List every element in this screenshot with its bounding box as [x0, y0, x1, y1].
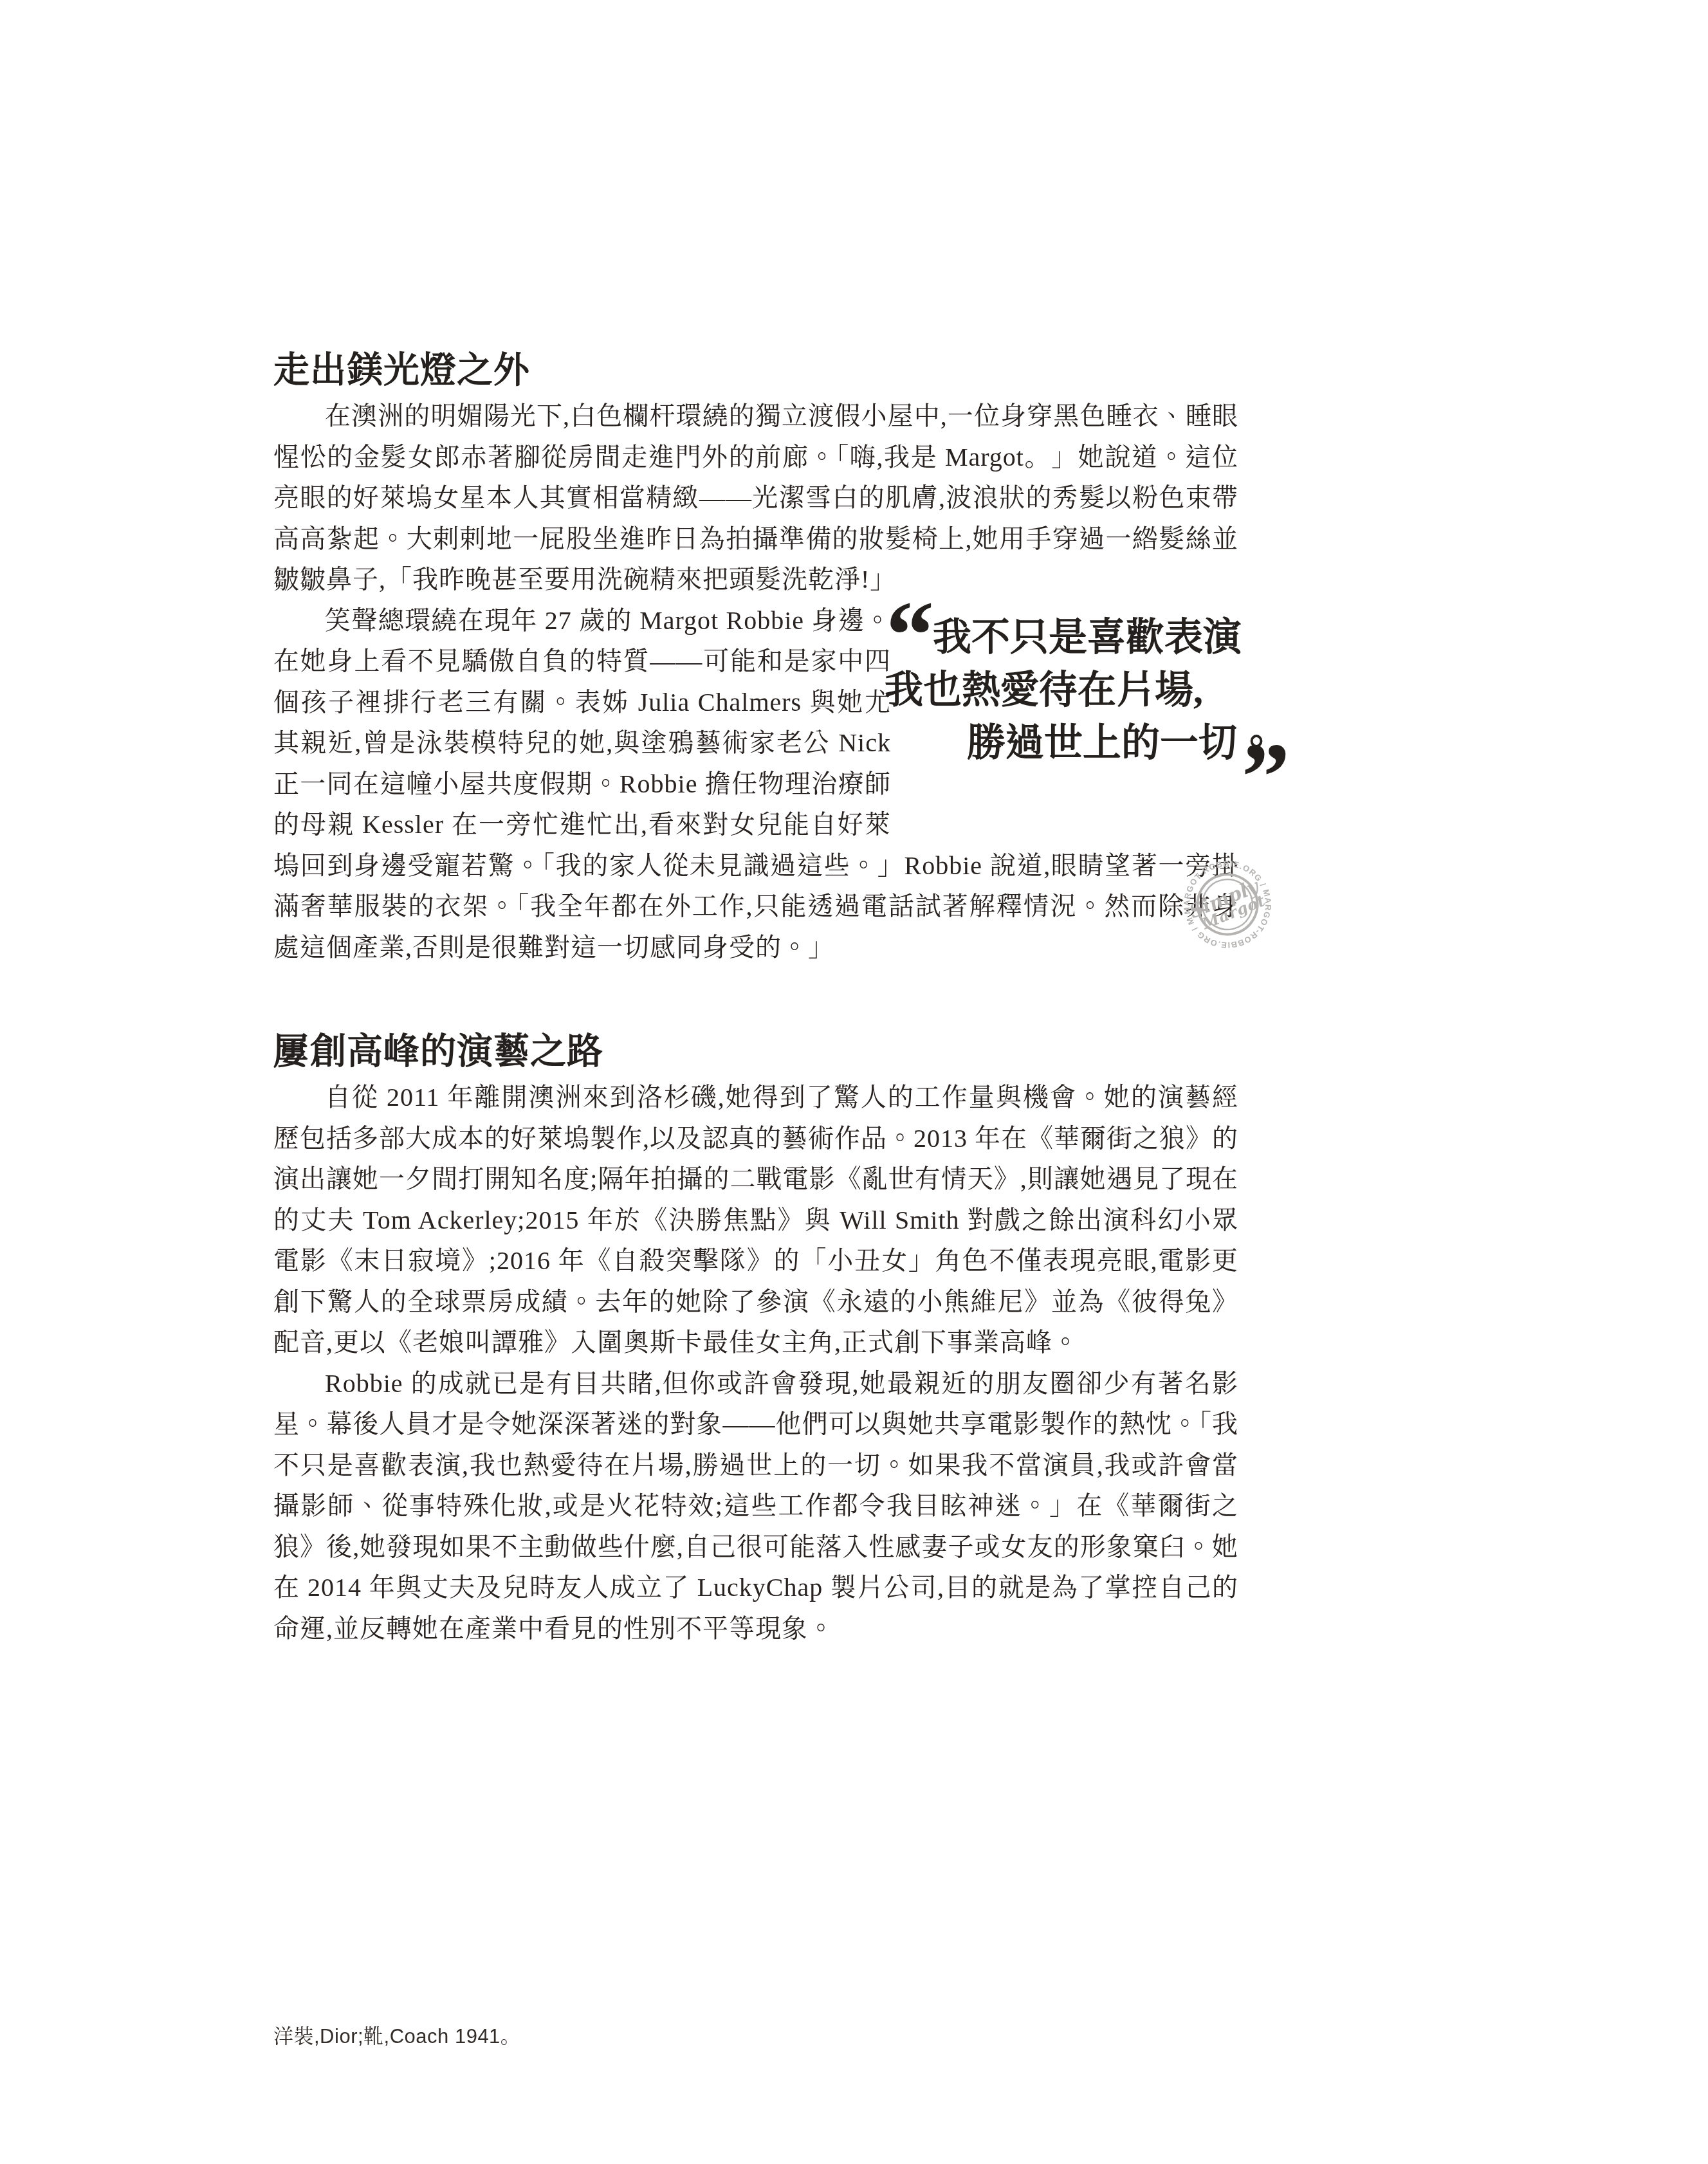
fashion-credit: 洋裝,Dior;靴,Coach 1941。 — [273, 2020, 520, 2049]
paragraph-4: Robbie 的成就已是有目共睹,但你或許會發現,她最親近的朋友圈卻少有著名影星… — [273, 1363, 1238, 1649]
pull-quote: “我不只是喜歡表演我也熱愛待在片場,勝過世上的一切。” — [891, 600, 1238, 845]
section-heading-career: 屢創高峰的演藝之路 — [273, 1032, 1238, 1072]
pull-quote-line-3: 勝過世上的一切。 — [967, 724, 1276, 762]
paragraph-1: 在澳洲的明媚陽光下,白色欄杆環繞的獨立渡假小屋中,一位身穿黑色睡衣、睡眼惺忪的金… — [273, 396, 1238, 600]
paragraph-3: 自從 2011 年離開澳洲來到洛杉磯,她得到了驚人的工作量與機會。她的演藝經歷包… — [273, 1077, 1238, 1363]
magazine-page: 走出鎂光燈之外 在澳洲的明媚陽光下,白色欄杆環繞的獨立渡假小屋中,一位身穿黑色睡… — [0, 0, 1708, 2164]
close-quote-icon: ” — [1242, 729, 1290, 825]
pull-quote-line-1: 我不只是喜歡表演 — [933, 618, 1242, 657]
article-body: 走出鎂光燈之外 在澳洲的明媚陽光下,白色欄杆環繞的獨立渡假小屋中,一位身穿黑色睡… — [273, 351, 1238, 1649]
pull-quote-line-2: 我也熱愛待在片場, — [885, 671, 1203, 710]
paragraph-2: 笑聲總環繞在現年 27 歲的 Margot Robbie 身邊。“我不只是喜歡表… — [273, 600, 1238, 968]
section-heading-spotlight: 走出鎂光燈之外 — [273, 351, 1238, 390]
paragraph-2-lead: 笑聲總環繞在現年 27 歲的 Margot Robbie 身邊。 — [325, 606, 891, 635]
